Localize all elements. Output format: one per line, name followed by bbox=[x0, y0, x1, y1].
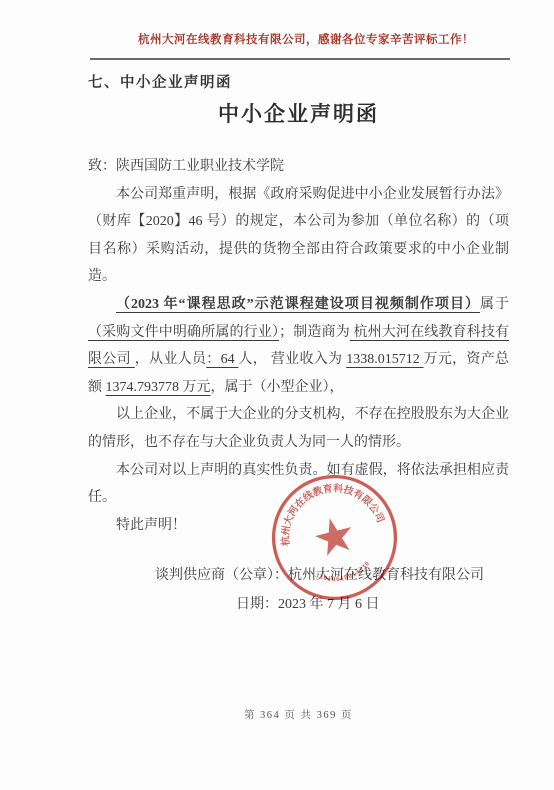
separator-line bbox=[90, 58, 510, 60]
industry-blank: （采购文件中明确所属的行业） bbox=[88, 325, 279, 340]
revenue-label: 人， 营业收入为 bbox=[238, 352, 346, 367]
body-text: 致：陕西国防工业职业技术学院 本公司郑重声明，根据《政府采购促进中小企业发展暂行… bbox=[88, 153, 509, 539]
staff-count: ：64 bbox=[206, 352, 238, 367]
date-line: 日期：2023 年 7 月 6 日 bbox=[236, 590, 509, 619]
paragraph-not-big-enterprise: 以上企业，不属于大企业的分支机构，不存在控股股东为大企业的情形，也不存在与大企业… bbox=[88, 401, 509, 456]
paragraph-closing: 特此声明！ bbox=[88, 512, 509, 540]
signature-block: 谈判供应商（公章）：杭州大河在线教育科技有限公司 日期：2023 年 7 月 6… bbox=[88, 561, 509, 619]
date-value: 2023 年 7 月 6 日 bbox=[278, 597, 380, 612]
document-content: 七、中小企业声明函 中小企业声明函 致：陕西国防工业职业技术学院 本公司郑重声明… bbox=[88, 71, 509, 619]
project-name: （2023 年“课程思政”示范课程建设项目视频制作项目） bbox=[116, 297, 480, 312]
header-banner: 杭州大河在线教育科技有限公司，感谢各位专家辛苦评标工作！ bbox=[0, 0, 554, 47]
assets-value: 1374.793778 万元 bbox=[106, 380, 211, 395]
revenue-value: 1338.015712 bbox=[346, 352, 423, 367]
page-title: 中小企业声明函 bbox=[88, 98, 509, 128]
paragraph-responsibility: 本公司对以上声明的真实性负责。如有虚假，将依法承担相应责任。 bbox=[88, 457, 509, 512]
paragraph-project-info: （2023 年“课程思政”示范课程建设项目视频制作项目）属于（采购文件中明确所属… bbox=[88, 291, 509, 401]
made-by-text: ；制造商为 bbox=[279, 325, 350, 340]
paragraph-declaration: 本公司郑重声明，根据《政府采购促进中小企业发展暂行办法》（财库【2020】46 … bbox=[88, 181, 509, 291]
belongs-to-text: 属于 bbox=[480, 297, 509, 312]
recipient-line: 致：陕西国防工业职业技术学院 bbox=[88, 153, 509, 181]
date-label: 日期： bbox=[236, 597, 278, 612]
enterprise-size-text: ，属于（小型企业）， bbox=[211, 380, 344, 395]
supplier-signature-line: 谈判供应商（公章）：杭州大河在线教育科技有限公司 bbox=[155, 561, 509, 590]
supplier-label: 谈判供应商（公章）： bbox=[155, 568, 288, 583]
scanned-document-page: 杭州大河在线教育科技有限公司，感谢各位专家辛苦评标工作！ 七、中小企业声明函 中… bbox=[0, 0, 554, 790]
page-number-footer: 第 364 页 共 369 页 bbox=[88, 707, 509, 722]
staff-label: ，从业人员 bbox=[135, 352, 207, 367]
section-heading: 七、中小企业声明函 bbox=[88, 71, 509, 92]
supplier-name: 杭州大河在线教育科技有限公司 bbox=[288, 568, 484, 583]
